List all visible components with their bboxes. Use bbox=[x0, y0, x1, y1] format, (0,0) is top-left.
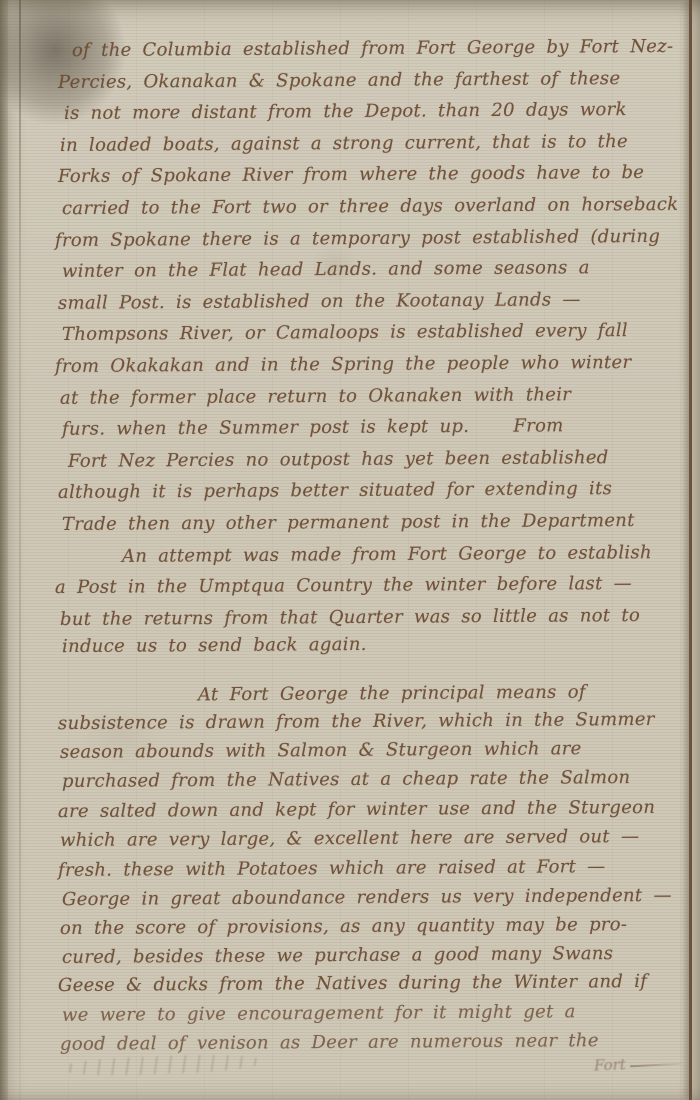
manuscript-line: good deal of venison as Deer are numerou… bbox=[60, 1029, 599, 1057]
manuscript-line: furs. when the Summer post is kept up. F… bbox=[62, 414, 564, 442]
catchword-flourish bbox=[630, 1063, 682, 1068]
manuscript-line: of the Columbia established from Fort Ge… bbox=[72, 35, 673, 63]
manuscript-line: are salted down and kept for winter use … bbox=[58, 796, 655, 824]
manuscript-line: although it is perhaps better situated f… bbox=[58, 477, 612, 505]
manuscript-line: subsistence is drawn from the River, whi… bbox=[58, 708, 655, 736]
manuscript-line: small Post. is established on the Kootan… bbox=[58, 288, 581, 316]
manuscript-line: Trade then any other permanent post in t… bbox=[62, 509, 635, 537]
manuscript-line: in loaded boats, against a strong curren… bbox=[60, 130, 628, 158]
manuscript-line: Fort Nez Percies no outpost has yet been… bbox=[68, 446, 609, 474]
manuscript-line: which are very large, & excellent here a… bbox=[60, 825, 639, 853]
page-edge-right bbox=[689, 0, 700, 1100]
manuscript-line: but the returns from that Quarter was so… bbox=[60, 604, 640, 632]
manuscript-line: fresh. these with Potatoes which are rai… bbox=[58, 855, 606, 883]
manuscript-page: of the Columbia established from Fort Ge… bbox=[0, 0, 700, 1100]
manuscript-line: is not more distant from the Depot. than… bbox=[64, 98, 627, 126]
manuscript-line: a Post in the Umptqua Country the winter… bbox=[55, 572, 632, 600]
manuscript-line: we were to give encouragement for it mig… bbox=[62, 1000, 576, 1028]
manuscript-line: from Okakakan and in the Spring the peop… bbox=[55, 351, 631, 379]
catchword: Fort bbox=[594, 1055, 626, 1074]
left-crease-line bbox=[19, 0, 21, 1100]
manuscript-line: carried to the Fort two or three days ov… bbox=[62, 193, 679, 221]
manuscript-line: season abounds with Salmon & Sturgeon wh… bbox=[60, 737, 582, 765]
manuscript-line: winter on the Flat head Lands. and some … bbox=[62, 256, 590, 284]
manuscript-line: at the former place return to Okanaken w… bbox=[60, 383, 571, 411]
manuscript-line: George in great aboundance renders us ve… bbox=[62, 884, 672, 912]
manuscript-line: Forks of Spokane River from where the go… bbox=[58, 161, 644, 189]
manuscript-line: At Fort George the principal means of bbox=[198, 681, 586, 708]
manuscript-line: induce us to send back again. bbox=[62, 633, 367, 659]
manuscript-line: from Spokane there is a temporary post e… bbox=[55, 225, 660, 253]
manuscript-line: Thompsons River, or Camaloops is establi… bbox=[62, 319, 628, 347]
manuscript-line: on the score of provisions, as any quant… bbox=[60, 913, 627, 941]
manuscript-line: An attempt was made from Fort George to … bbox=[122, 541, 652, 569]
manuscript-line: Percies, Okanakan & Spokane and the fart… bbox=[58, 67, 621, 95]
binding-edge-left bbox=[0, 0, 8, 1100]
manuscript-line: purchased from the Natives at a cheap ra… bbox=[62, 766, 631, 794]
manuscript-line: Geese & ducks from the Natives during th… bbox=[58, 970, 647, 998]
manuscript-line: cured, besides these we purchase a good … bbox=[62, 942, 613, 970]
sewing-knot bbox=[689, 505, 699, 527]
